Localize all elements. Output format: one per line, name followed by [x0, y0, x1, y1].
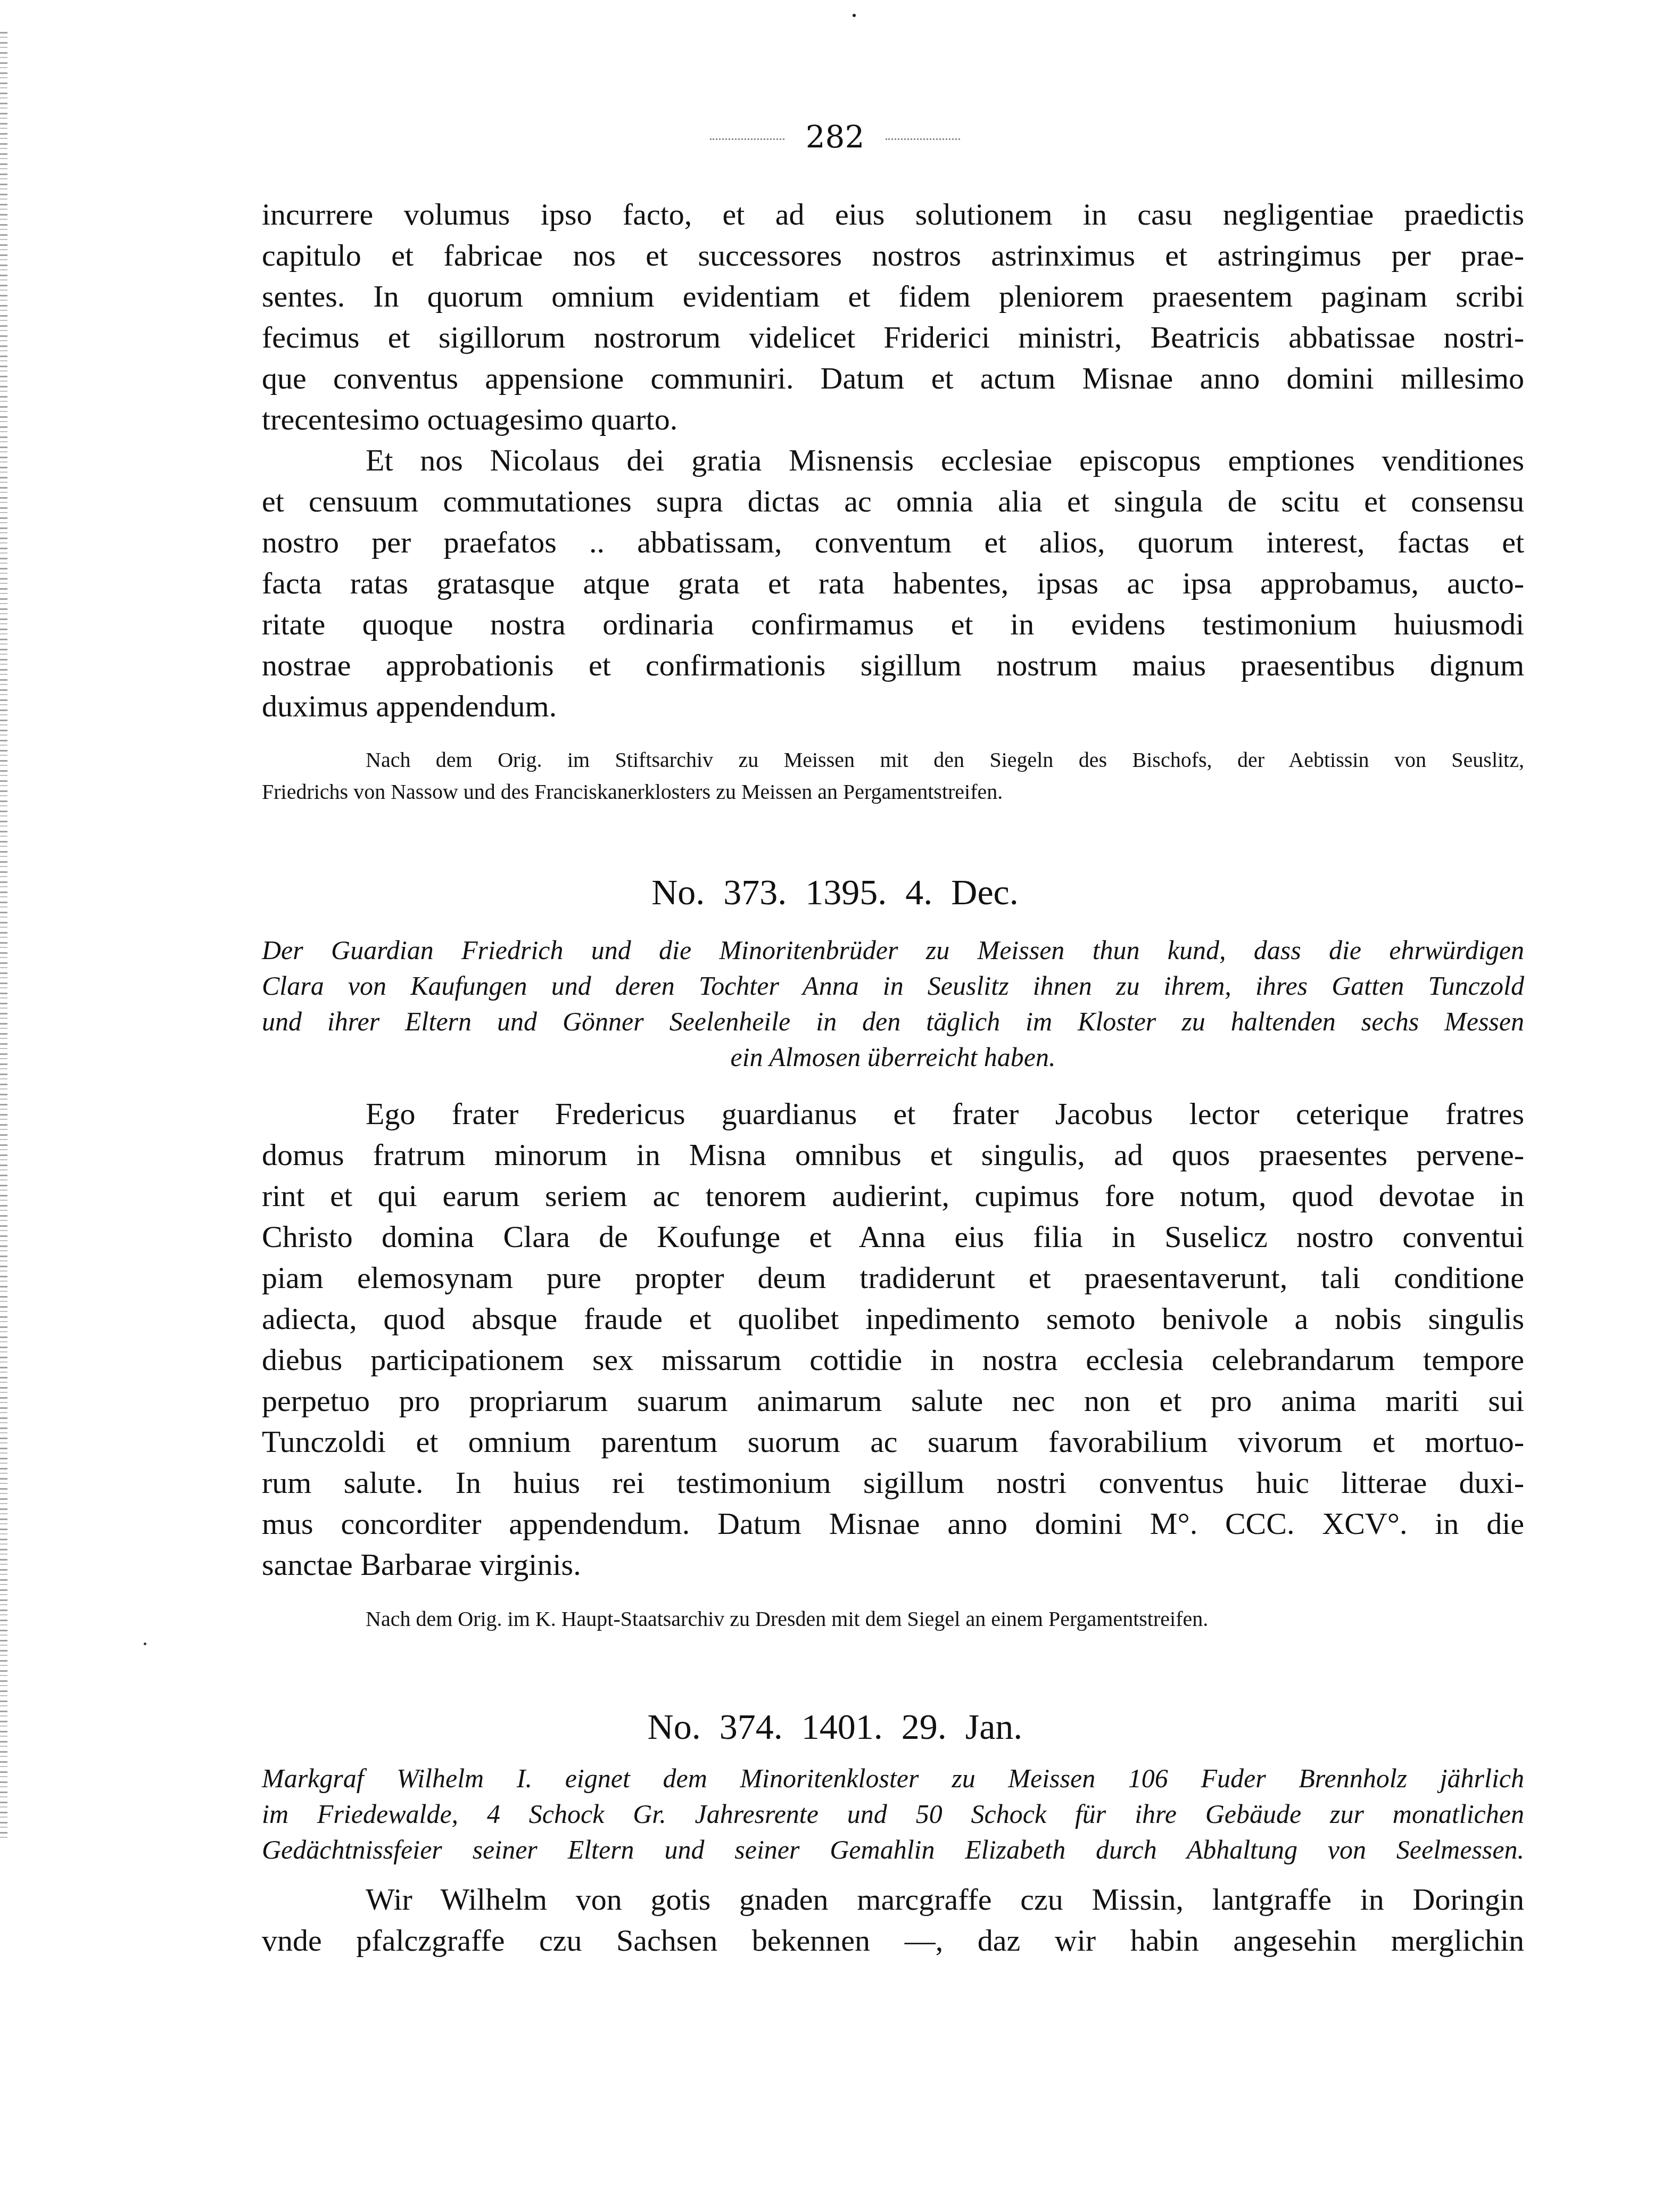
document-heading: No. 373. 1395. 4. Dec.: [0, 871, 1670, 913]
text-line: sanctae Barbarae virginis.: [262, 1544, 1524, 1585]
text-line: Clara von Kaufungen und deren Tochter An…: [262, 968, 1524, 1004]
text-line: vnde pfalczgraffe czu Sachsen bekennen —…: [262, 1920, 1524, 1961]
text-line: et censuum commutationes supra dictas ac…: [262, 481, 1524, 522]
text-line: rint et qui earum seriem ac tenorem audi…: [262, 1175, 1524, 1216]
text-line: fecimus et sigillorum nostrorum videlice…: [262, 317, 1524, 358]
text-line: nostro per praefatos .. abbatissam, conv…: [262, 522, 1524, 563]
document-heading: No. 374. 1401. 29. Jan.: [0, 1705, 1670, 1748]
text-line: ritate quoque nostra ordinaria confirmam…: [262, 604, 1524, 645]
text-line: Nach dem Orig. im K. Haupt-Staatsarchiv …: [262, 1603, 1524, 1635]
text-line: diebus participationem sex missarum cott…: [262, 1339, 1524, 1380]
source-note: Nach dem Orig. im Stiftsarchiv zu Meisse…: [262, 744, 1524, 808]
text-line: Friedrichs von Nassow und des Franciskan…: [262, 776, 1524, 808]
text-line: Gedächtnissfeier seiner Eltern und seine…: [262, 1832, 1524, 1868]
scan-edge-artifact: [0, 32, 7, 1842]
text-line: und ihrer Eltern und Gönner Seelenheile …: [262, 1004, 1524, 1039]
text-line: Wir Wilhelm von gotis gnaden marcgraffe …: [262, 1879, 1524, 1920]
text-line: ein Almosen überreicht haben.: [262, 1039, 1524, 1075]
scan-dot: [144, 1643, 146, 1645]
text-line: mus concorditer appendendum. Datum Misna…: [262, 1503, 1524, 1544]
text-line: sentes. In quorum omnium evidentiam et f…: [262, 276, 1524, 317]
scan-dot: [853, 14, 856, 17]
text-line: incurrere volumus ipso facto, et ad eius…: [262, 194, 1524, 235]
document-body: Wir Wilhelm von gotis gnaden marcgraffe …: [262, 1879, 1524, 1961]
page-number-rule-right: [886, 138, 960, 140]
text-line: Nach dem Orig. im Stiftsarchiv zu Meisse…: [262, 744, 1524, 776]
text-line: domus fratrum minorum in Misna omnibus e…: [262, 1134, 1524, 1175]
source-note: Nach dem Orig. im K. Haupt-Staatsarchiv …: [262, 1603, 1524, 1635]
text-line: trecentesimo octuagesimo quarto.: [262, 399, 1524, 440]
text-line: facta ratas gratasque atque grata et rat…: [262, 563, 1524, 604]
page-number: 282: [0, 118, 1670, 155]
text-line: adiecta, quod absque fraude et quolibet …: [262, 1298, 1524, 1339]
document-page: 282 incurrere volumus ipso facto, et ad …: [0, 0, 1670, 2212]
document-body: Ego frater Fredericus guardianus et frat…: [262, 1093, 1524, 1585]
text-line: Markgraf Wilhelm I. eignet dem Minoriten…: [262, 1761, 1524, 1796]
text-line: Der Guardian Friedrich und die Minoriten…: [262, 932, 1524, 968]
text-line: Tunczoldi et omnium parentum suorum ac s…: [262, 1421, 1524, 1462]
page-number-rule-left: [710, 138, 784, 140]
document-summary: Der Guardian Friedrich und die Minoriten…: [262, 932, 1524, 1075]
text-line: Ego frater Fredericus guardianus et frat…: [262, 1093, 1524, 1134]
text-line: piam elemosynam pure propter deum tradid…: [262, 1257, 1524, 1298]
text-line: Christo domina Clara de Koufunge et Anna…: [262, 1216, 1524, 1257]
document-summary: Markgraf Wilhelm I. eignet dem Minoriten…: [262, 1761, 1524, 1868]
text-line: Et nos Nicolaus dei gratia Misnensis ecc…: [262, 440, 1524, 481]
text-line: rum salute. In huius rei testimonium sig…: [262, 1462, 1524, 1503]
text-line: perpetuo pro propriarum suarum animarum …: [262, 1380, 1524, 1421]
page-number-text: 282: [806, 119, 865, 155]
continuation-paragraph-2: Et nos Nicolaus dei gratia Misnensis ecc…: [262, 440, 1524, 727]
text-line: im Friedewalde, 4 Schock Gr. Jahresrente…: [262, 1796, 1524, 1832]
continuation-paragraph-1: incurrere volumus ipso facto, et ad eius…: [262, 194, 1524, 440]
text-line: que conventus appensione communiri. Datu…: [262, 358, 1524, 399]
text-line: nostrae approbationis et confirmationis …: [262, 645, 1524, 686]
text-line: duximus appendendum.: [262, 686, 1524, 727]
text-line: capitulo et fabricae nos et successores …: [262, 235, 1524, 276]
